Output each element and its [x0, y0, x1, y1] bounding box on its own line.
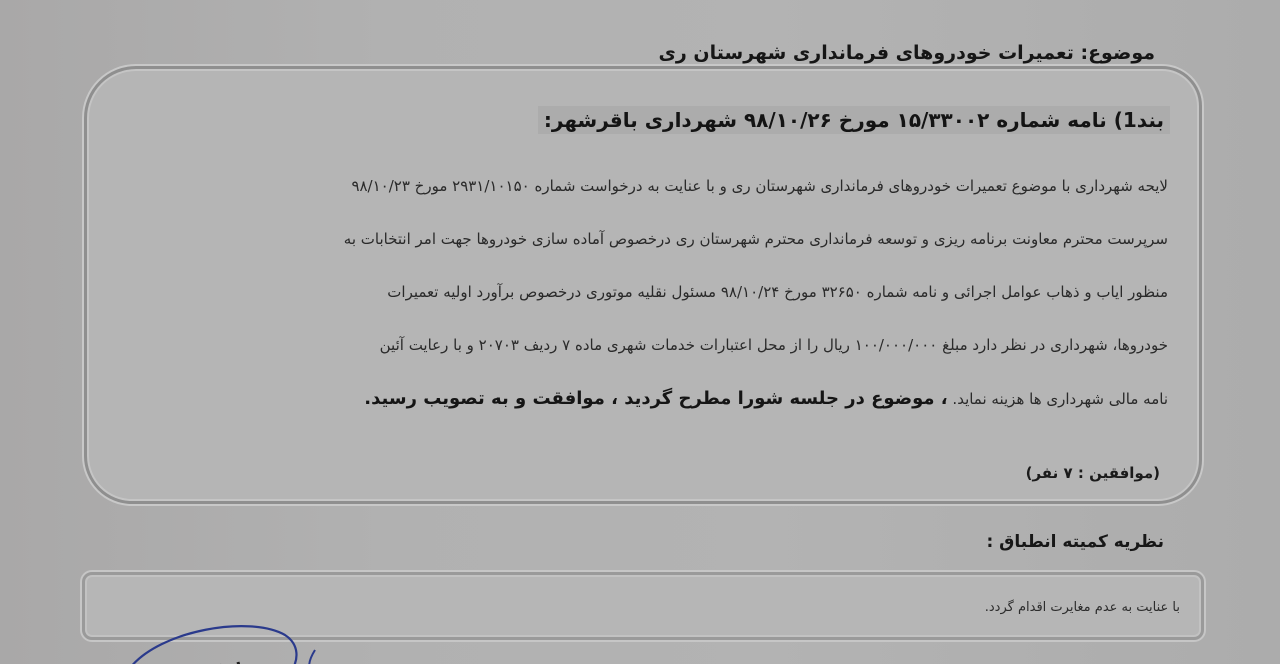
signature-icon: [120, 610, 360, 664]
body-line-4: خودروها، شهرداری در نظر دارد مبلغ ۱۰۰/۰۰…: [134, 319, 1168, 372]
body-line-1: لایحه شهرداری با موضوع تعمیرات خودروهای …: [134, 160, 1168, 213]
subject-heading: موضوع: تعمیرات خودروهای فرمانداری شهرستا…: [658, 42, 1155, 64]
votes-count: (موافقین : ۷ نفر): [1026, 464, 1160, 482]
committee-heading: نظریه کمیته انطباق :: [986, 532, 1164, 552]
body-line-5: نامه مالی شهرداری ها هزینه نماید. ، موضو…: [134, 372, 1168, 426]
body-line-2: سرپرست محترم معاونت برنامه ریزی و توسعه …: [134, 213, 1168, 266]
document-page: موضوع: تعمیرات خودروهای فرمانداری شهرستا…: [0, 0, 1280, 664]
item-title: بند1) نامه شماره ۱۵/۳۳۰۰۲ مورخ ۹۸/۱۰/۲۶ …: [538, 106, 1170, 134]
item-body: لایحه شهرداری با موضوع تعمیرات خودروهای …: [134, 160, 1168, 426]
committee-opinion: با عنایت به عدم مغایرت اقدام گردد.: [985, 600, 1180, 615]
body-line-3: منظور ایاب و ذهاب عوامل اجرائی و نامه شم…: [134, 266, 1168, 319]
resolution-text: ، موضوع در جلسه شورا مطرح گردید ، موافقت…: [364, 388, 947, 409]
body-line-5-regular: نامه مالی شهرداری ها هزینه نماید.: [952, 390, 1168, 408]
